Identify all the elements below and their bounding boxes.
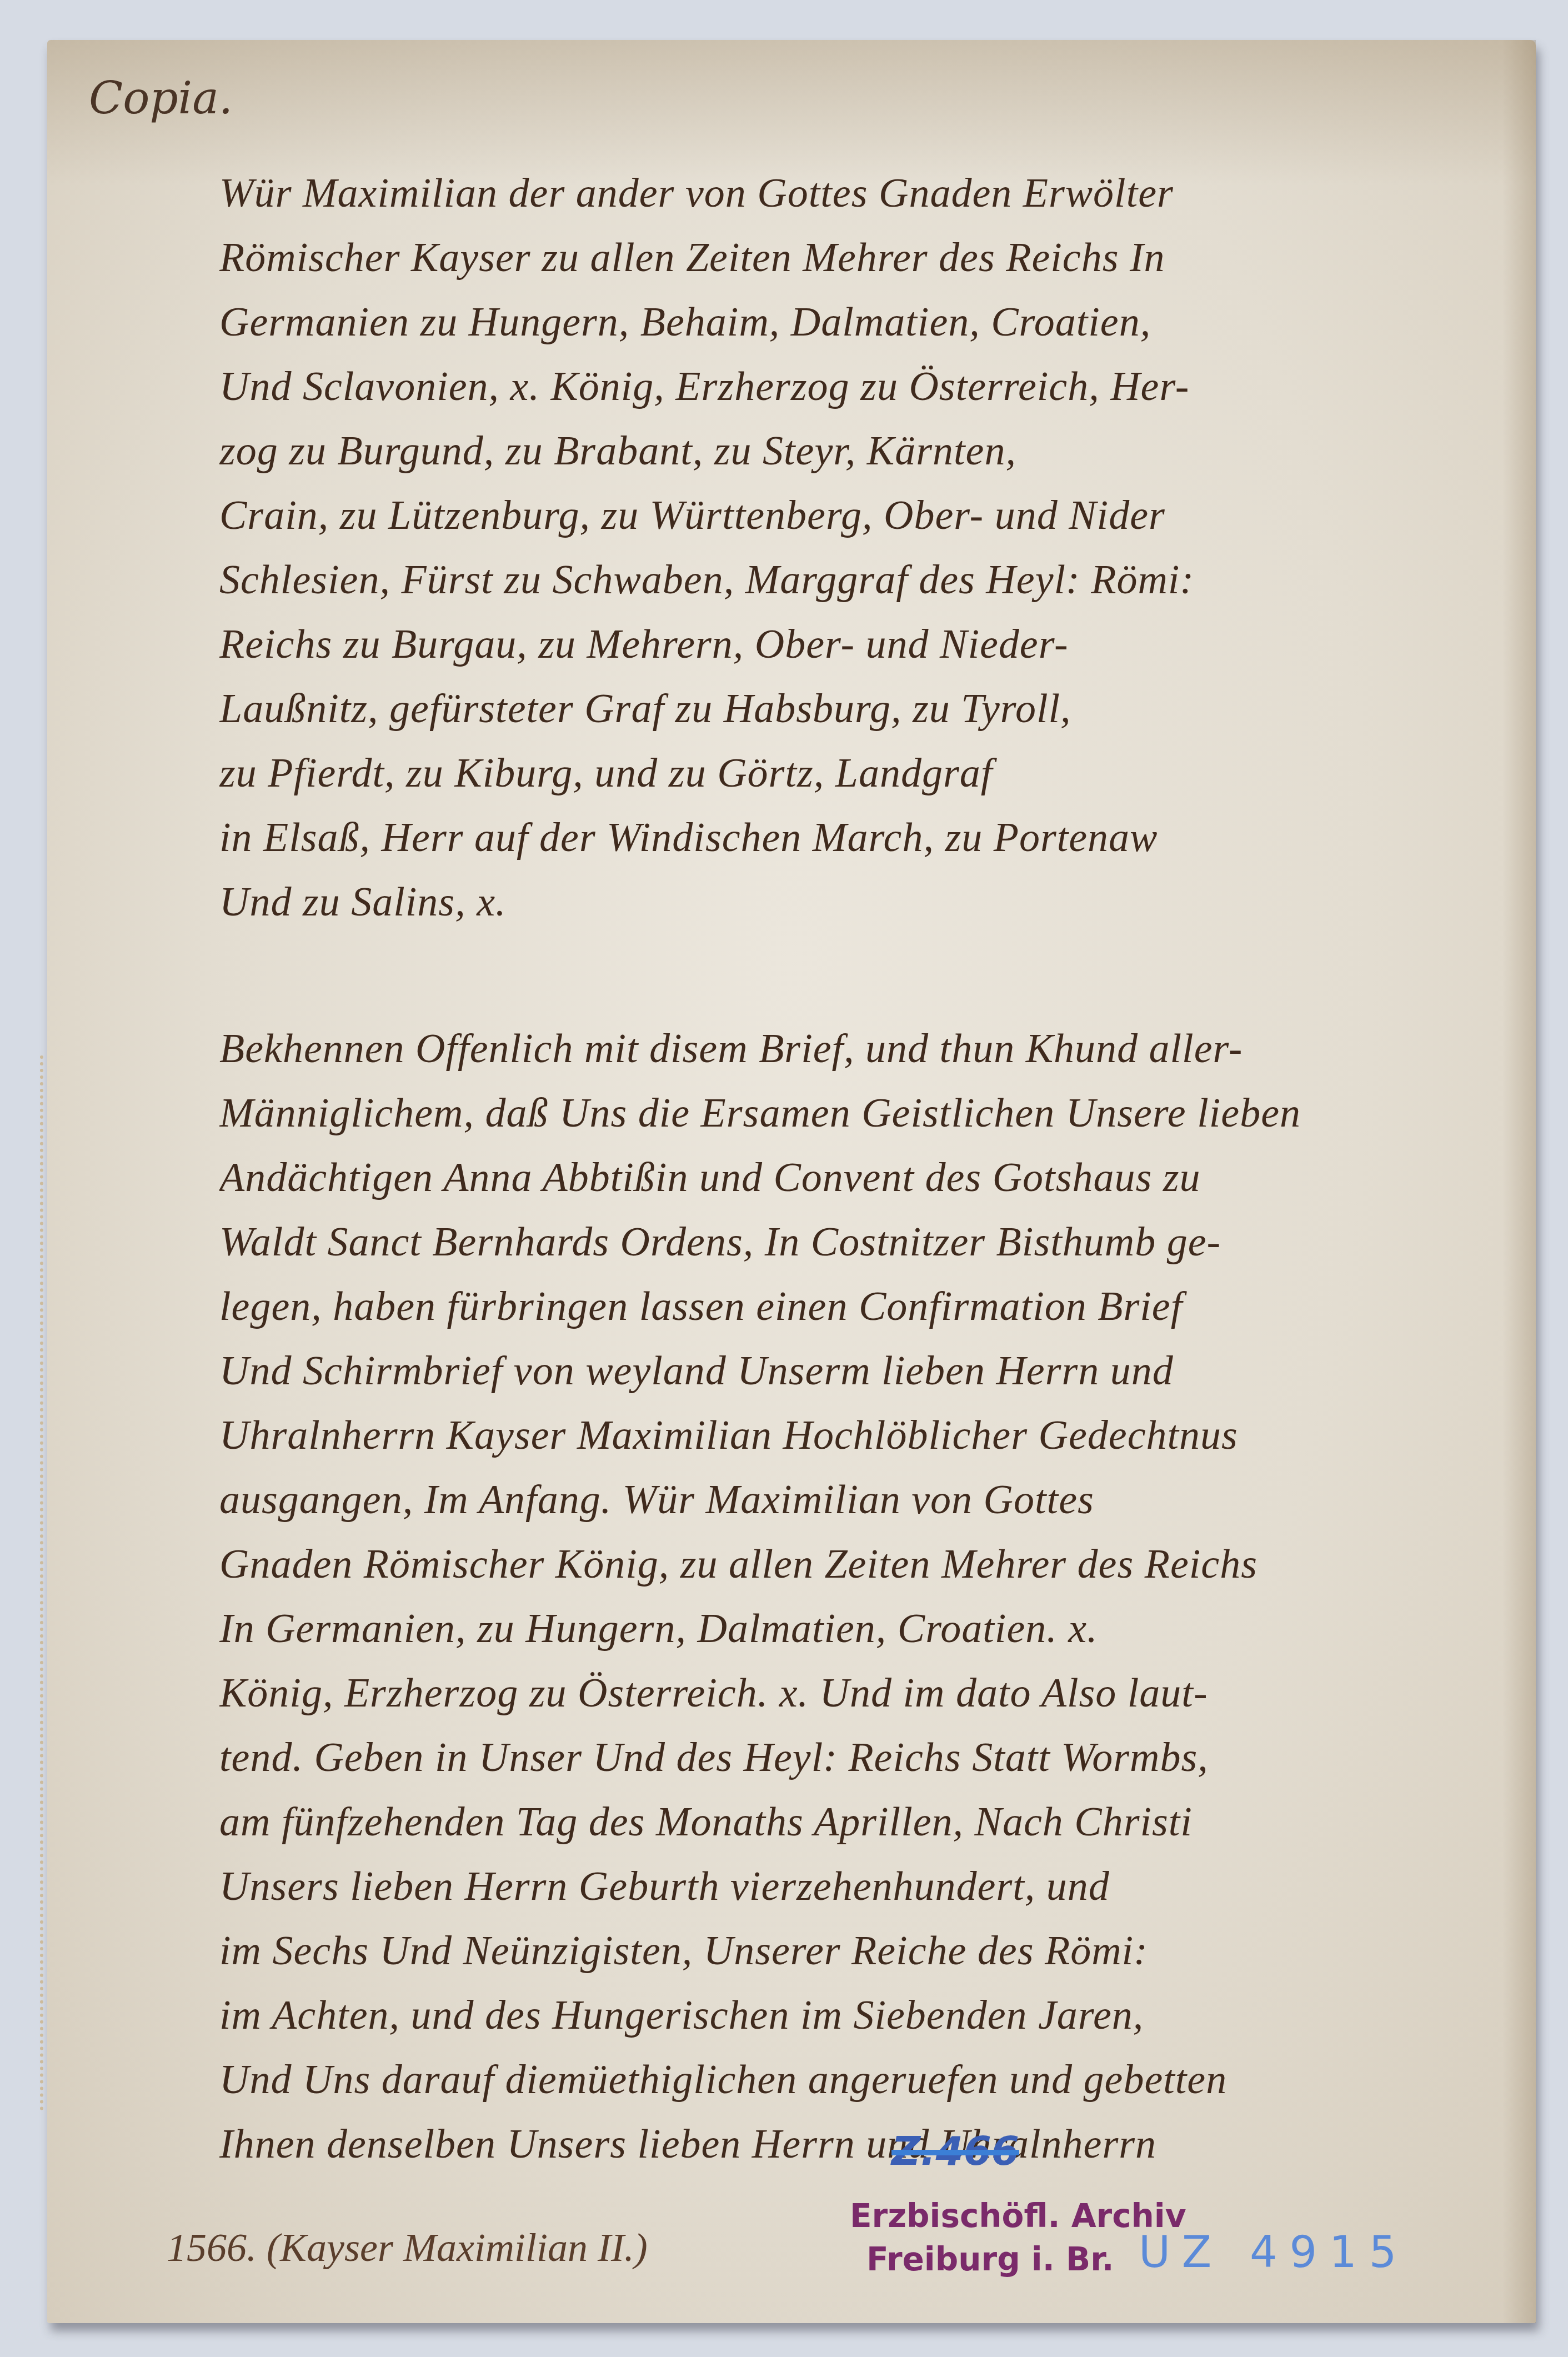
text-line: im Sechs Und Neünzigisten, Unserer Reich… <box>219 1919 1514 1983</box>
text-line: Unsers lieben Herrn Geburth vierzehenhun… <box>219 1854 1514 1919</box>
text-line: Und Sclavonien, x. König, Erzherzog zu Ö… <box>219 354 1514 419</box>
archive-signature: UZ 4915 <box>1139 2228 1409 2278</box>
text-line: tend. Geben in Unser Und des Heyl: Reich… <box>219 1725 1514 1790</box>
text-line: Und zu Salins, x. <box>219 870 1514 934</box>
text-line: König, Erzherzog zu Österreich. x. Und i… <box>219 1661 1514 1725</box>
text-line: Männiglichem, daß Uns die Ersamen Geistl… <box>219 1081 1514 1145</box>
text-line: Reichs zu Burgau, zu Mehrern, Ober- und … <box>219 612 1514 677</box>
text-line: Laußnitz, gefürsteter Graf zu Habsburg, … <box>219 677 1514 741</box>
text-line: In Germanien, zu Hungern, Dalmatien, Cro… <box>219 1597 1514 1661</box>
paragraph-1: Wür Maximilian der ander von Gottes Gnad… <box>219 161 1514 934</box>
archive-stamp: Erzbischöfl. Archiv Freiburg i. Br. <box>850 2194 1186 2281</box>
text-line: legen, haben fürbringen lassen einen Con… <box>219 1274 1514 1339</box>
date-annotation: 1566. (Kayser Maximilian II.) <box>167 2225 648 2271</box>
text-line: Und Uns darauf diemüethiglichen angeruef… <box>219 2048 1514 2112</box>
text-line: Und Schirmbrief von weyland Unserm liebe… <box>219 1339 1514 1403</box>
stamp-line-1: Erzbischöfl. Archiv <box>850 2194 1186 2238</box>
text-line: zog zu Burgund, zu Brabant, zu Steyr, Kä… <box>219 419 1514 483</box>
paragraph-gap <box>219 934 1514 1017</box>
text-line: Germanien zu Hungern, Behaim, Dalmatien,… <box>219 290 1514 354</box>
text-line: am fünfzehenden Tag des Monaths Aprillen… <box>219 1790 1514 1854</box>
text-line: Uhralnherrn Kayser Maximilian Hochlöblic… <box>219 1403 1514 1468</box>
text-line: zu Pfierdt, zu Kiburg, und zu Görtz, Lan… <box>219 741 1514 805</box>
text-line: in Elsaß, Herr auf der Windischen March,… <box>219 805 1514 870</box>
text-line: Waldt Sanct Bernhards Ordens, In Costnit… <box>219 1210 1514 1274</box>
text-line: Bekhennen Offenlich mit disem Brief, und… <box>219 1017 1514 1081</box>
text-line: Andächtigen Anna Abbtißin und Convent de… <box>219 1145 1514 1210</box>
text-line: Crain, zu Lützenburg, zu Württenberg, Ob… <box>219 483 1514 548</box>
text-line: Römischer Kayser zu allen Zeiten Mehrer … <box>219 226 1514 290</box>
crossed-out-number: Z.466 <box>891 2128 1019 2174</box>
text-line: Wür Maximilian der ander von Gottes Gnad… <box>219 161 1514 226</box>
text-line: Ihnen denselben Unsers lieben Herrn und … <box>219 2112 1514 2176</box>
paragraph-2: Bekhennen Offenlich mit disem Brief, und… <box>219 1017 1514 2176</box>
document-heading: Copia. <box>89 72 233 124</box>
manuscript-body: Wür Maximilian der ander von Gottes Gnad… <box>219 161 1514 2176</box>
stamp-line-2: Freiburg i. Br. <box>850 2238 1186 2281</box>
text-line: Gnaden Römischer König, zu allen Zeiten … <box>219 1532 1514 1597</box>
binding-string <box>40 1055 49 2111</box>
text-line: im Achten, und des Hungerischen im Siebe… <box>219 1983 1514 2048</box>
text-line: Schlesien, Fürst zu Schwaben, Marggraf d… <box>219 548 1514 612</box>
text-line: ausgangen, Im Anfang. Wür Maximilian von… <box>219 1468 1514 1532</box>
